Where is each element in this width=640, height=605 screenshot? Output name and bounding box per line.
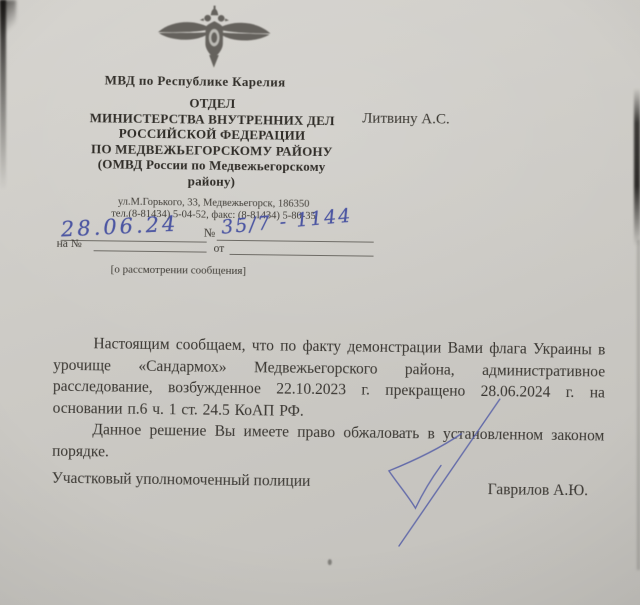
number-sign-label: № — [204, 226, 216, 241]
number-underline — [217, 240, 374, 243]
signer-name: Гаврилов А.Ю. — [488, 481, 589, 500]
addressee-name: Литвину А.С. — [362, 111, 450, 129]
handwritten-signature-stroke — [367, 391, 509, 553]
from-underline — [230, 254, 374, 257]
letter-body: Настоящим сообщаем, что по факту демонст… — [52, 333, 606, 469]
ministry-line: МВД по Республике Карелия — [3, 71, 388, 92]
photo-edge-right — [634, 88, 640, 246]
photo-edge-top-left-corner — [0, 0, 16, 42]
on-number-label: на № — [57, 238, 82, 250]
scanned-letter-photo: МВД по Республике Карелия ОТДЕЛ МИНИСТЕР… — [0, 0, 640, 605]
department-name-block: ОТДЕЛ МИНИСТЕРСТВА ВНУТРЕННИХ ДЕЛ РОССИЙ… — [16, 93, 407, 191]
body-paragraph-1: Настоящим сообщаем, что по факту демонст… — [53, 333, 606, 426]
on-number-underline — [94, 250, 207, 252]
handwritten-date: 28.06.24 — [60, 212, 179, 242]
subject-line: [о рассмотрении сообщения] — [58, 263, 298, 278]
mvd-double-headed-eagle-icon — [155, 4, 274, 69]
signer-title: Участковый уполномоченный полиции — [52, 470, 311, 491]
letter-sheet: МВД по Республике Карелия ОТДЕЛ МИНИСТЕР… — [0, 0, 640, 605]
from-label: от — [214, 243, 225, 255]
body-paragraph-2: Данное решение Вы имеете право обжаловат… — [52, 419, 604, 469]
date-underline — [61, 240, 207, 243]
paper-speck — [328, 559, 332, 565]
